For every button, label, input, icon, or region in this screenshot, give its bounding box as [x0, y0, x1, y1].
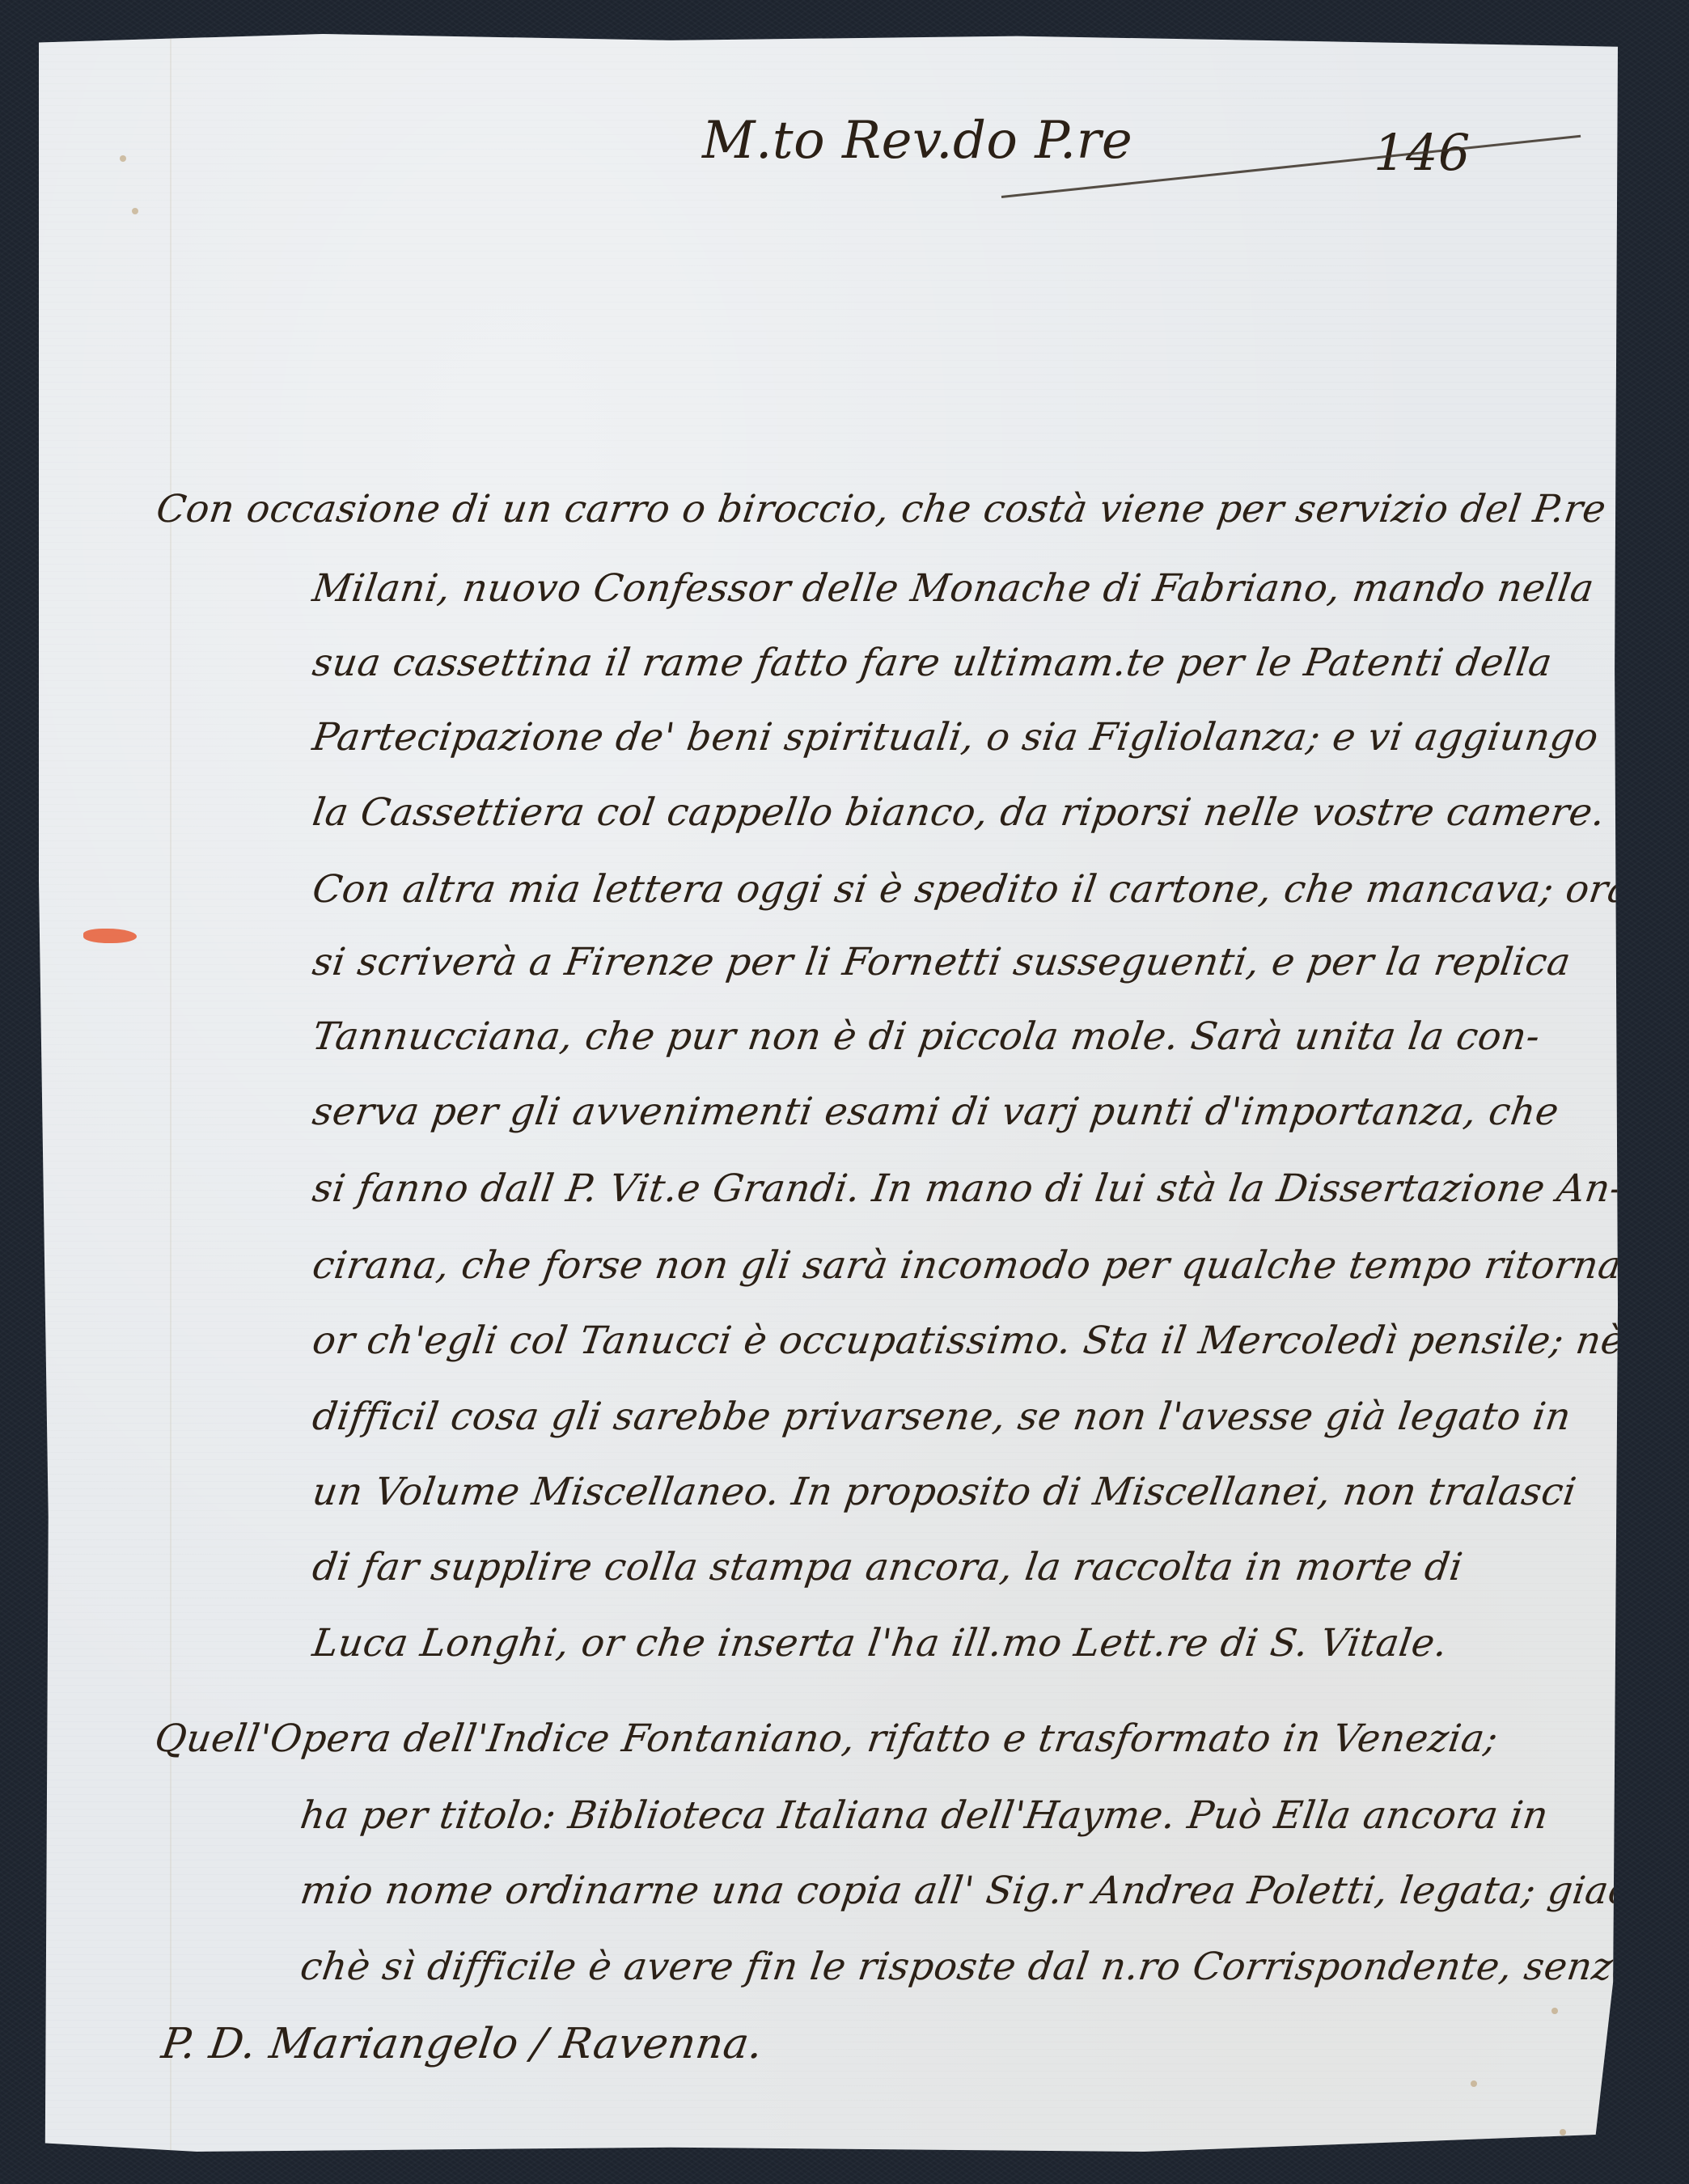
sealing-wax-fleck — [83, 929, 137, 943]
fold-line — [170, 34, 171, 2152]
letter-line: ha per titolo: Biblioteca Italiana dell'… — [298, 1793, 1551, 1838]
addressee: P. D. Mariangelo / Ravenna. — [159, 2020, 766, 2068]
letter-line: Partecipazione de' beni spirituali, o si… — [310, 715, 1602, 760]
foxing-spot — [1551, 2008, 1558, 2014]
letter-line: Luca Longhi, or che inserta l'ha ill.mo … — [310, 1621, 1450, 1666]
letter-line: Con occasione di un carro o biroccio, ch… — [154, 487, 1609, 531]
letter-line: si scriverà a Firenze per li Fornetti su… — [310, 940, 1573, 984]
letter-line: sua cassettina il rame fatto fare ultima… — [310, 641, 1555, 685]
letter-line: Tannucciana, che pur non è di piccola mo… — [310, 1014, 1543, 1059]
letter-line: Con altra mia lettera oggi si è spedito … — [310, 867, 1634, 912]
foxing-spot — [1560, 2129, 1566, 2135]
letter-line: cirana, che forse non gli sarà incomodo … — [310, 1243, 1678, 1288]
letter-line: di far supplire colla stampa ancora, la … — [310, 1545, 1466, 1589]
foxing-spot — [132, 208, 138, 214]
letter-line: Milani, nuovo Confessor delle Monache di… — [310, 566, 1597, 611]
letter-line: la Cassettiera col cappello bianco, da r… — [310, 790, 1608, 835]
manuscript-page: M.to Rev.do P.re 146 Con occasione di un… — [39, 34, 1618, 2152]
letter-line: Quell'Opera dell'Indice Fontaniano, rifa… — [152, 1716, 1501, 1761]
letter-line: mio nome ordinarne una copia all' Sig.r … — [298, 1869, 1646, 1913]
letter-line: or ch'egli col Tanucci è occupatissimo. … — [310, 1318, 1628, 1363]
foxing-spot — [1471, 2080, 1477, 2087]
letter-line: serva per gli avvenimenti esami di varj … — [310, 1090, 1562, 1134]
foxing-spot — [120, 155, 126, 162]
letter-line: un Volume Miscellaneo. In proposito di M… — [310, 1470, 1579, 1514]
letter-line: chè sì difficile è avere fin le risposte… — [298, 1945, 1639, 1989]
letter-line: difficil cosa gli sarebbe privarsene, se… — [310, 1395, 1574, 1439]
salutation: M.to Rev.do P.re — [702, 111, 1132, 171]
letter-line: si fanno dall P. Vit.e Grandi. In mano d… — [310, 1166, 1627, 1211]
